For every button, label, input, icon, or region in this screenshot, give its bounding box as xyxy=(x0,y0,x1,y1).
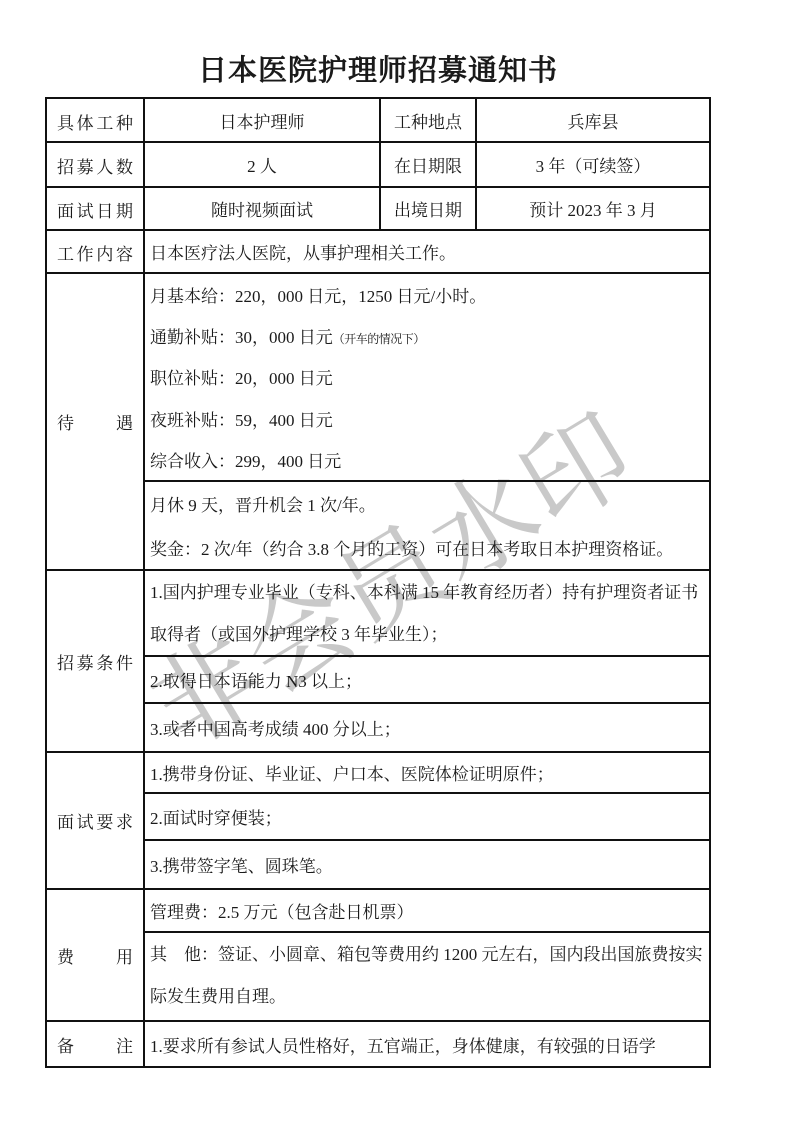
salary-line: 月基本给：220，000 日元，1250 日元/小时。 xyxy=(150,282,709,307)
salary-bonus-lines: 月休 9 天，晋升机会 1 次/年。 奖金：2 次/年（约合 3.8 个月的工资… xyxy=(145,482,709,569)
table-row: 具体工种 日本护理师 工种地点 兵库县 xyxy=(47,99,709,143)
row-label: 工作内容 xyxy=(47,240,143,265)
row-label: 招募人数 xyxy=(47,153,143,178)
table-row: 面试日期 随时视频面试 出境日期 预计 2023 年 3 月 xyxy=(47,188,709,231)
row-label-cell: 面试要求 xyxy=(47,753,145,888)
salary-line: 职位补贴：20，000 日元 xyxy=(150,364,709,389)
row-label: 备注 xyxy=(47,1032,143,1057)
table-row: 招募人数 2 人 在日期限 3 年（可续签） xyxy=(47,143,709,188)
value-cell: 预计 2023 年 3 月 xyxy=(477,188,709,229)
row-label-cell: 面试日期 xyxy=(47,188,145,231)
row-label-cell: 费用 xyxy=(47,890,145,1020)
row-label: 费用 xyxy=(47,943,143,968)
row-label-cell: 具体工种 xyxy=(47,99,145,143)
table-row-notes: 备注 1.要求所有参试人员性格好，五官端正，身体健康，有较强的日语学 xyxy=(47,1022,709,1066)
table-row-interview: 面试要求 1.携带身份证、毕业证、户口本、医院体检证明原件； 2.面试时穿便装；… xyxy=(47,753,709,890)
document-page: 非会员水印 日本医院护理师招募通知书 具体工种 日本护理师 工种地点 兵库县 招… xyxy=(0,0,793,1122)
row-label-cell: 备注 xyxy=(47,1022,145,1066)
job-content: 日本医疗法人医院，从事护理相关工作。 xyxy=(145,231,709,272)
fee-item: 管理费：2.5 万元（包含赴日机票） xyxy=(145,890,709,933)
salary-line: 综合收入：299，400 日元 xyxy=(150,447,709,472)
requirement-text: 1.国内护理专业毕业（专科、本科满 15 年教育经历者）持有护理资者证书取得者（… xyxy=(145,571,709,656)
interview-item: 3.携带签字笔、圆珠笔。 xyxy=(145,841,709,888)
salary-lines: 月基本给：220，000 日元，1250 日元/小时。 通勤补贴：30，000 … xyxy=(145,274,709,482)
table-row-fee: 费用 管理费：2.5 万元（包含赴日机票） 其 他：签证、小圆章、箱包等费用约 … xyxy=(47,890,709,1022)
notice-table: 具体工种 日本护理师 工种地点 兵库县 招募人数 2 人 在日期限 3 年（可续… xyxy=(45,97,711,1068)
interview-item: 1.携带身份证、毕业证、户口本、医院体检证明原件； xyxy=(145,753,709,794)
fee-text: 其 他：签证、小圆章、箱包等费用约 1200 元左右，国内段出国旅费按实际发生费… xyxy=(145,933,709,1018)
fee-item: 其 他：签证、小圆章、箱包等费用约 1200 元左右，国内段出国旅费按实际发生费… xyxy=(145,933,709,1020)
salary-content: 月基本给：220，000 日元，1250 日元/小时。 通勤补贴：30，000 … xyxy=(145,274,709,569)
table-row-salary: 待遇 月基本给：220，000 日元，1250 日元/小时。 通勤补贴：30，0… xyxy=(47,274,709,571)
requirements-content: 1.国内护理专业毕业（专科、本科满 15 年教育经历者）持有护理资者证书取得者（… xyxy=(145,571,709,751)
page-title: 日本医院护理师招募通知书 xyxy=(45,48,711,89)
bonus-line: 月休 9 天，晋升机会 1 次/年。 xyxy=(150,491,709,516)
requirement-item: 1.国内护理专业毕业（专科、本科满 15 年教育经历者）持有护理资者证书取得者（… xyxy=(145,571,709,657)
row-label: 面试要求 xyxy=(47,808,143,833)
row-label-cell: 工作内容 xyxy=(47,231,145,274)
salary-line-text: 通勤补贴：30，000 日元 xyxy=(150,328,333,347)
row-label: 招募条件 xyxy=(47,649,143,674)
row-label-cell: 待遇 xyxy=(47,274,145,569)
row-label2: 出境日期 xyxy=(381,188,477,229)
value-cell: 3 年（可续签） xyxy=(477,143,709,186)
table-row-job: 工作内容 日本医疗法人医院，从事护理相关工作。 xyxy=(47,231,709,274)
interview-item: 2.面试时穿便装； xyxy=(145,794,709,841)
row-label-cell: 招募人数 xyxy=(47,143,145,188)
salary-line: 通勤补贴：30，000 日元（开车的情况下） xyxy=(150,323,709,348)
row-label: 具体工种 xyxy=(47,109,143,134)
row-label2: 工种地点 xyxy=(381,99,477,141)
salary-line: 夜班补贴：59，400 日元 xyxy=(150,406,709,431)
fee-content: 管理费：2.5 万元（包含赴日机票） 其 他：签证、小圆章、箱包等费用约 120… xyxy=(145,890,709,1020)
row-label-cell: 招募条件 xyxy=(47,571,145,751)
notes-content: 1.要求所有参试人员性格好，五官端正，身体健康，有较强的日语学 xyxy=(145,1022,709,1066)
value-cell: 随时视频面试 xyxy=(145,188,381,229)
row-label2: 在日期限 xyxy=(381,143,477,186)
value-cell: 兵库县 xyxy=(477,99,709,141)
row-label: 面试日期 xyxy=(47,197,143,222)
bonus-line: 奖金：2 次/年（约合 3.8 个月的工资）可在日本考取日本护理资格证。 xyxy=(150,535,709,560)
row-label: 待遇 xyxy=(47,409,143,434)
commute-note: （开车的情况下） xyxy=(333,332,425,346)
value-cell: 日本护理师 xyxy=(145,99,381,141)
table-row-requirements: 招募条件 1.国内护理专业毕业（专科、本科满 15 年教育经历者）持有护理资者证… xyxy=(47,571,709,753)
interview-content: 1.携带身份证、毕业证、户口本、医院体检证明原件； 2.面试时穿便装； 3.携带… xyxy=(145,753,709,888)
note-item: 1.要求所有参试人员性格好，五官端正，身体健康，有较强的日语学 xyxy=(145,1022,709,1066)
requirement-item: 2.取得日本语能力 N3 以上； xyxy=(145,657,709,704)
requirement-item: 3.或者中国高考成绩 400 分以上； xyxy=(145,704,709,751)
value-cell: 2 人 xyxy=(145,143,381,186)
